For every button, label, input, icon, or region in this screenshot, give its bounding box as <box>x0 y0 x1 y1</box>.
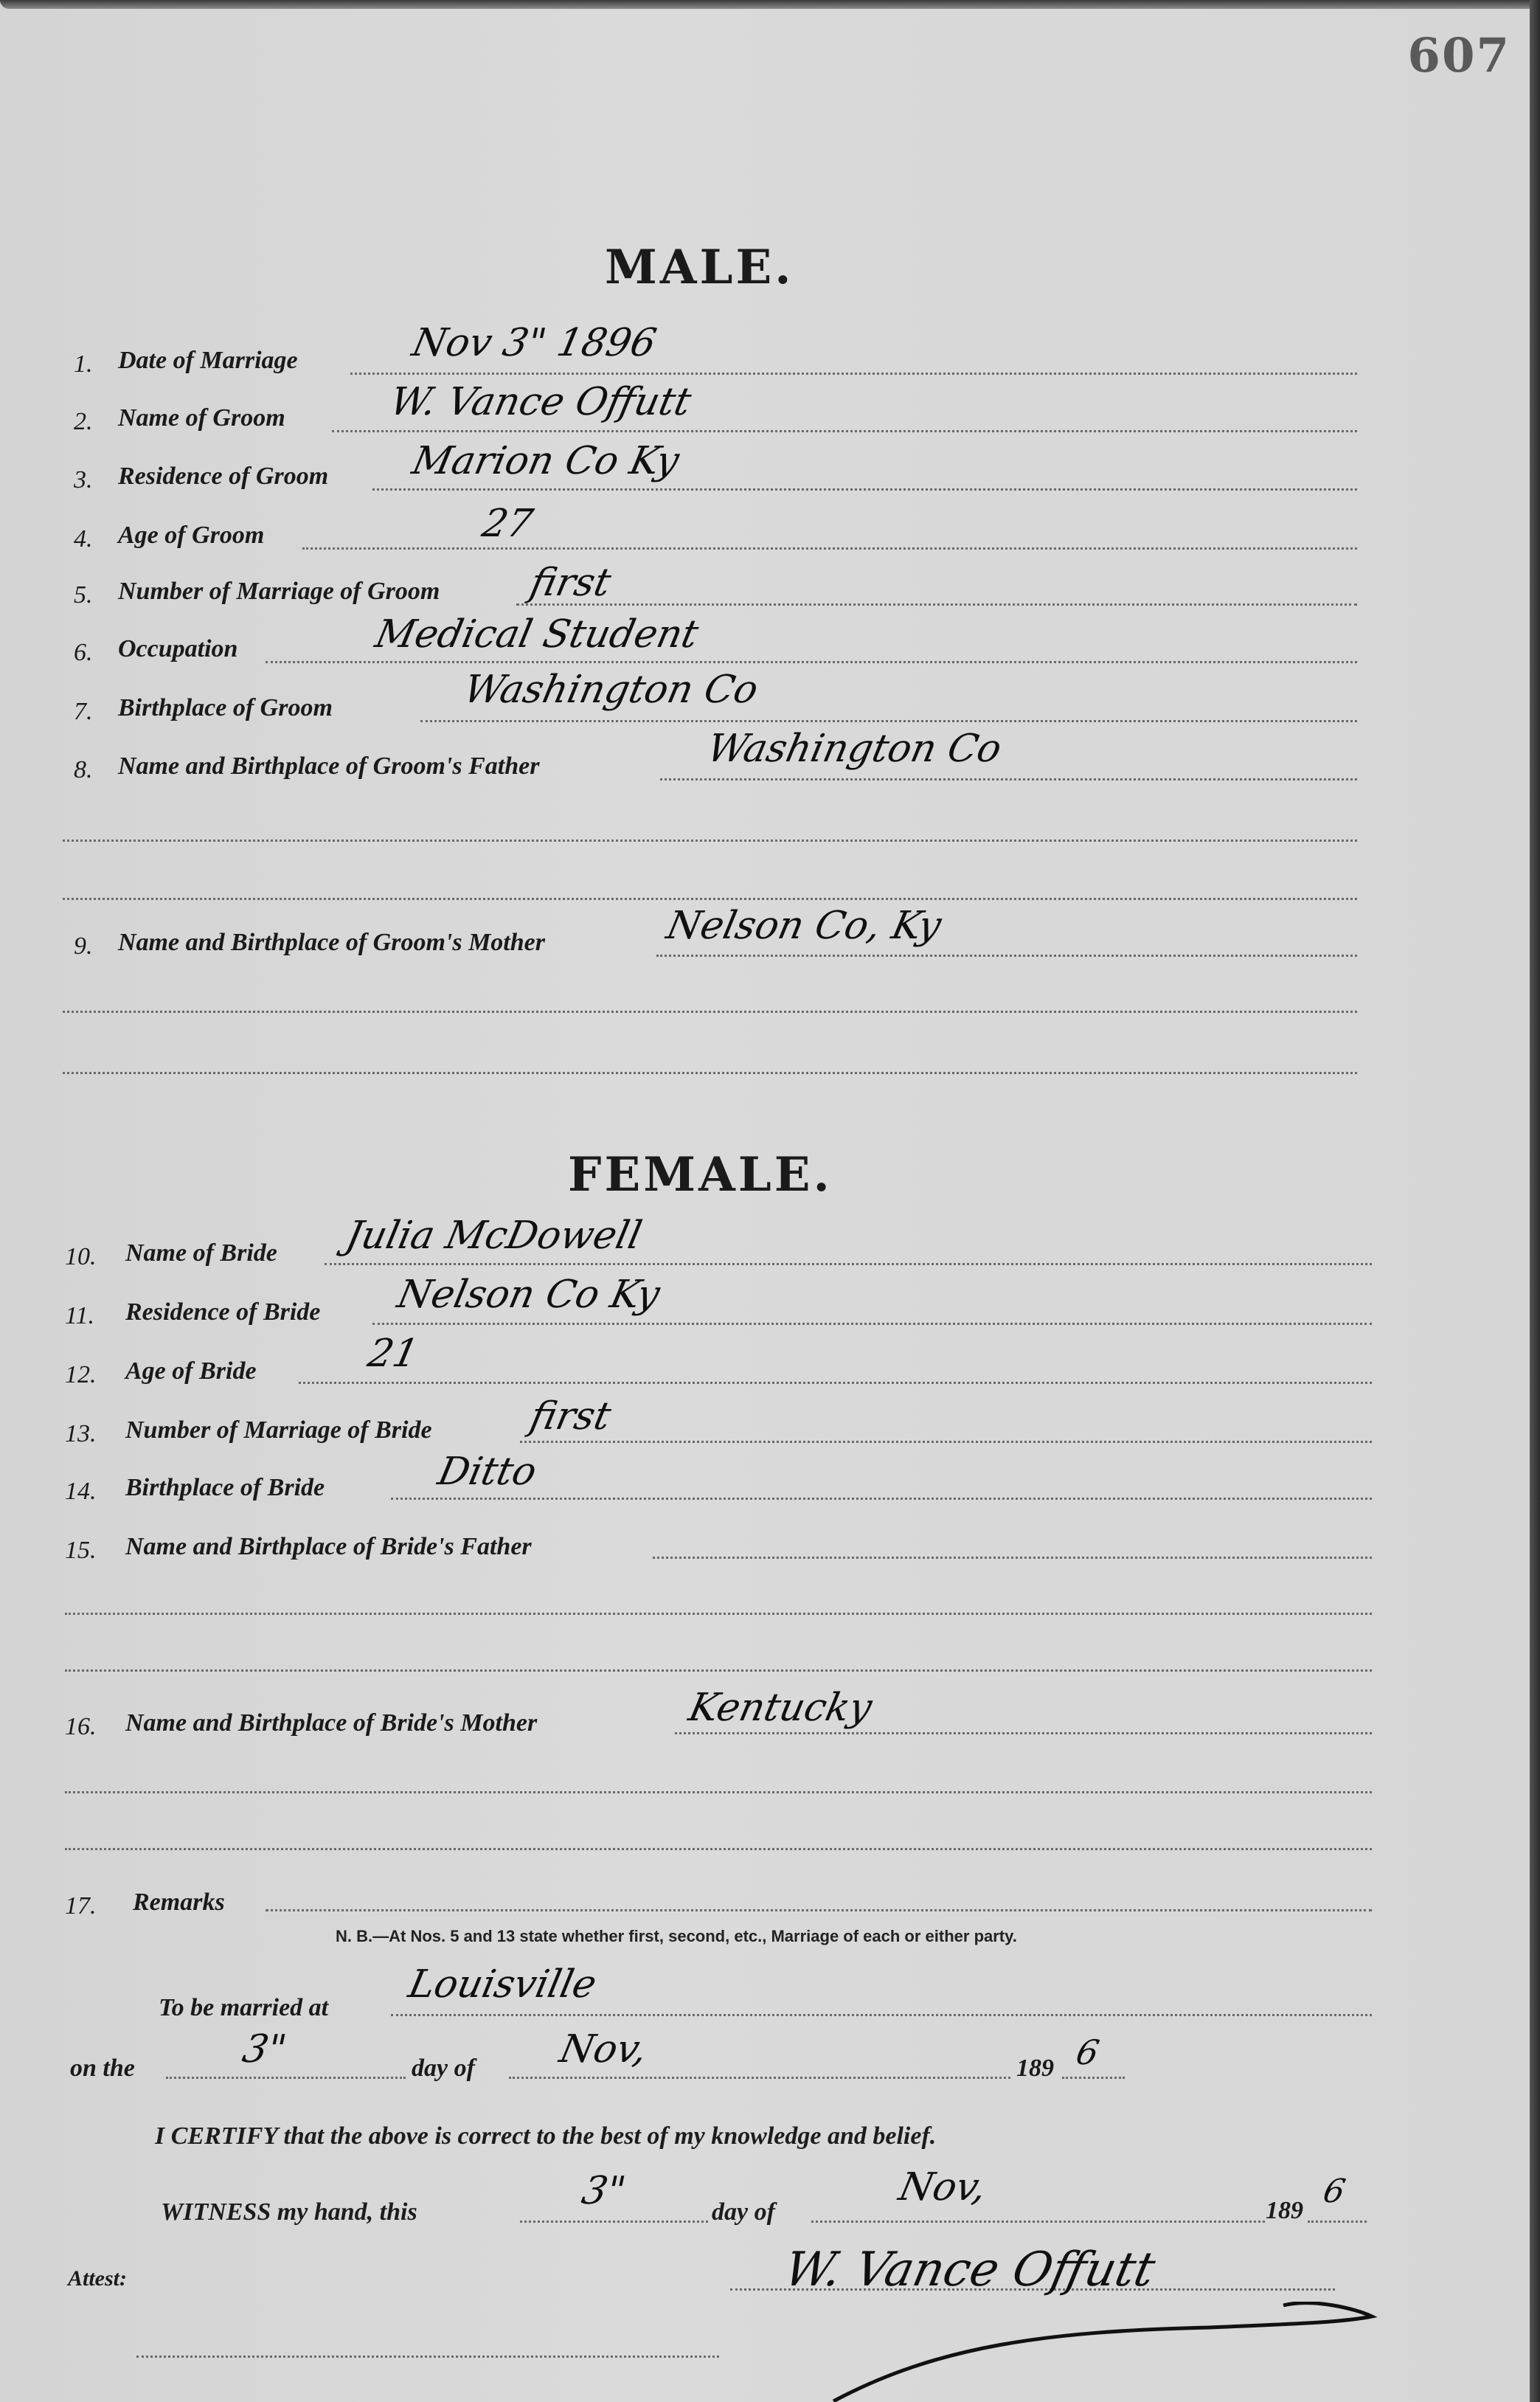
marriage-place-label: To be married at <box>159 1994 328 2022</box>
fill-line <box>391 2014 1372 2016</box>
field-label: Name of Bride <box>125 1239 277 1267</box>
fill-line <box>266 661 1357 663</box>
witness-year-prefix: 189 <box>1266 2197 1303 2225</box>
field-label: Residence of Bride <box>125 1298 320 1326</box>
fill-line <box>332 430 1357 432</box>
fill-line <box>63 1011 1357 1013</box>
field-value-handwritten: Nelson Co, Ky <box>663 904 946 948</box>
attest-signature-line <box>136 2356 719 2358</box>
field-label: Age of Bride <box>125 1357 257 1385</box>
field-value-handwritten: first <box>527 1394 615 1439</box>
fill-line <box>266 1909 1372 1911</box>
fill-line <box>65 1791 1372 1793</box>
fill-line <box>166 2077 406 2079</box>
fill-line <box>63 1072 1357 1074</box>
field-number: 12. <box>65 1361 97 1389</box>
field-label: Name and Birthplace of Groom's Mother <box>118 929 545 957</box>
witness-day-of-label: day of <box>712 2198 775 2226</box>
field-value-handwritten: 21 <box>364 1332 423 1376</box>
field-number: 7. <box>74 698 93 726</box>
fill-line <box>653 1557 1372 1559</box>
fill-line <box>65 1669 1372 1672</box>
certify-statement: I CERTIFY that the above is correct to t… <box>155 2122 936 2150</box>
field-number: 16. <box>65 1713 97 1741</box>
fill-line <box>372 488 1357 491</box>
field-number: 1. <box>74 350 93 378</box>
female-section-title: FEMALE. <box>568 1147 833 1202</box>
fill-line <box>656 955 1357 957</box>
fill-line <box>520 2221 708 2223</box>
field-number: 4. <box>74 525 93 553</box>
field-number: 6. <box>74 639 93 667</box>
field-number: 3. <box>74 466 93 494</box>
field-label: Name and Birthplace of Groom's Father <box>118 752 539 781</box>
fill-line <box>420 720 1357 722</box>
instruction-note: N. B.—At Nos. 5 and 13 state whether fir… <box>336 1927 1017 1946</box>
field-label: Occupation <box>118 635 237 663</box>
witness-month-value: Nov, <box>895 2165 991 2209</box>
field-value-handwritten: 27 <box>479 502 537 546</box>
field-value-handwritten: Washington Co <box>704 727 1006 771</box>
register-page: 607 MALE. 1. Date of Marriage Nov 3" 189… <box>0 0 1540 2402</box>
fill-line <box>1062 2077 1125 2079</box>
witness-label: WITNESS my hand, this <box>161 2198 417 2226</box>
signature-flourish-icon <box>826 2302 1387 2402</box>
fill-line <box>1308 2221 1367 2223</box>
fill-line <box>660 778 1357 781</box>
field-value-handwritten: Nov 3" 1896 <box>409 321 660 365</box>
fill-line <box>63 898 1357 900</box>
year-prefix: 189 <box>1016 2055 1054 2083</box>
field-number: 9. <box>74 932 93 961</box>
page-binding-edge <box>1530 0 1540 2402</box>
field-label: Age of Groom <box>118 522 264 550</box>
fill-line <box>509 2077 1010 2079</box>
field-label: Name of Groom <box>118 404 285 432</box>
field-label: Number of Marriage of Groom <box>118 578 440 606</box>
marriage-month-value: Nov, <box>556 2027 651 2072</box>
field-number: 10. <box>65 1243 97 1271</box>
fill-line <box>63 840 1357 842</box>
field-label: Birthplace of Groom <box>118 694 333 722</box>
field-label: Birthplace of Bride <box>125 1474 325 1502</box>
fill-line <box>302 547 1357 550</box>
field-label: Remarks <box>133 1889 225 1917</box>
marriage-year-suffix: 6 <box>1072 2032 1103 2072</box>
field-value-handwritten: first <box>527 561 615 605</box>
field-number: 5. <box>74 581 93 609</box>
field-value-handwritten: Kentucky <box>685 1686 876 1730</box>
on-the-label: on the <box>70 2055 135 2083</box>
field-value-handwritten: Ditto <box>434 1450 541 1494</box>
male-section-title: MALE. <box>605 240 794 295</box>
fill-line <box>675 1732 1372 1734</box>
fill-line <box>65 1848 1372 1850</box>
field-value-handwritten: Medical Student <box>372 612 702 657</box>
field-label: Name and Birthplace of Bride's Mother <box>125 1709 537 1737</box>
field-number: 8. <box>74 756 93 784</box>
fill-line <box>391 1498 1372 1500</box>
field-value-handwritten: Nelson Co Ky <box>394 1273 664 1317</box>
fill-line <box>516 603 1357 606</box>
field-number: 14. <box>65 1478 97 1506</box>
fill-line <box>350 373 1357 375</box>
fill-line <box>520 1441 1372 1443</box>
field-number: 2. <box>74 408 93 436</box>
marriage-day-value: 3" <box>239 2027 291 2072</box>
field-value-handwritten: W. Vance Offutt <box>386 380 696 424</box>
field-value-handwritten: Washington Co <box>460 668 763 712</box>
fill-line <box>372 1323 1372 1325</box>
field-number: 15. <box>65 1537 97 1565</box>
marriage-place-value: Louisville <box>405 1962 600 2007</box>
day-of-label: day of <box>412 2055 475 2083</box>
field-label: Name and Birthplace of Bride's Father <box>125 1533 532 1561</box>
field-value-handwritten: Julia McDowell <box>342 1214 646 1258</box>
field-label: Date of Marriage <box>118 347 298 375</box>
witness-day-value: 3" <box>578 2169 630 2213</box>
field-number: 17. <box>65 1892 97 1920</box>
fill-line <box>325 1263 1372 1265</box>
witness-year-suffix: 6 <box>1320 2173 1349 2210</box>
field-value-handwritten: Marion Co Ky <box>409 439 683 483</box>
field-label: Residence of Groom <box>118 463 328 491</box>
field-number: 13. <box>65 1420 97 1448</box>
fill-line <box>65 1613 1372 1615</box>
fill-line <box>811 2221 1265 2223</box>
groom-signature: W. Vance Offutt <box>780 2243 1159 2297</box>
page-number: 607 <box>1407 28 1510 83</box>
field-number: 11. <box>65 1302 94 1330</box>
attest-label: Attest: <box>68 2266 127 2291</box>
fill-line <box>299 1382 1372 1384</box>
field-label: Number of Marriage of Bride <box>125 1416 432 1444</box>
page-top-edge <box>0 0 1540 9</box>
